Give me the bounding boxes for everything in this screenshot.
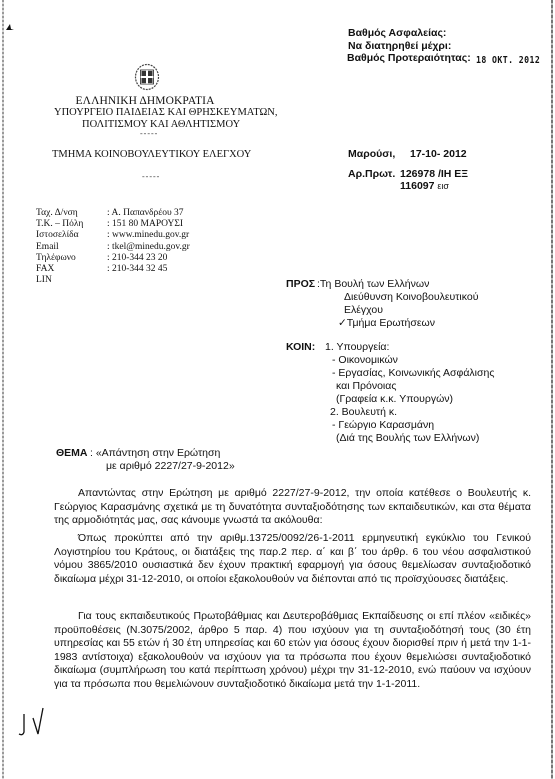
handwritten-mark-icon [5, 22, 15, 32]
paragraph-text: Για τους εκπαιδευτικούς Πρωτοβάθμιας και… [54, 610, 531, 692]
cc-label: ΚΟΙΝ: [286, 341, 315, 354]
contact-row-city: Τ.Κ. – Πόλη: 151 80 ΜΑΡΟΥΣΙ [36, 219, 190, 230]
contact-label: FAX [36, 264, 107, 275]
protocol-number-outgoing: 126978 /ΙΗ ΕΞ [400, 168, 468, 180]
department-name: ΤΜΗΜΑ ΚΟΙΝΟΒΟΥΛΕΥΤΙΚΟΥ ΕΛΕΓΧΟΥ [52, 149, 251, 160]
to-line-1: :Τη Βουλή των Ελλήνων [317, 278, 429, 291]
to-line-3: Ελέγχου [344, 304, 383, 317]
cc-line: 2. Βουλευτή κ. [330, 406, 397, 419]
contact-value: : www.minedu.gov.gr [107, 230, 189, 241]
contact-value: : Α. Παπανδρέου 37 [107, 208, 184, 219]
subject-label: ΘΕΜΑ [56, 447, 88, 460]
ministry-line-1: ΥΠΟΥΡΓΕΙΟ ΠΑΙΔΕΙΑΣ ΚΑΙ ΘΡΗΣΚΕΥΜΑΤΩΝ, [54, 107, 277, 118]
cc-line: (Διά της Βουλής των Ελλήνων) [336, 432, 479, 445]
country-heading: ΕΛΛΗΝΙΚΗ ΔΗΜΟΚΡΑΤΙΑ [0, 95, 290, 107]
contact-row-fax: FAX: 210-344 32 45 [36, 264, 190, 275]
contact-value: : 210-344 23 20 [107, 253, 167, 264]
contact-row-address: Ταχ. Δ/νση: Α. Παπανδρέου 37 [36, 208, 190, 219]
contact-value: : 210-344 32 45 [107, 264, 167, 275]
received-date-stamp: 18 ΟΚΤ. 2012 [476, 55, 540, 66]
subject-line-1: : «Απάντηση στην Ερώτηση [90, 447, 220, 460]
contact-label: Τηλέφωνο [36, 253, 107, 264]
contact-value: : 151 80 ΜΑΡΟΥΣΙ [107, 219, 183, 230]
cc-line: (Γραφεία κ.κ. Υπουργών) [336, 393, 453, 406]
body-paragraph-1: Απαντώντας στην Ερώτηση με αριθμό 2227/2… [54, 487, 531, 528]
scan-edge-right [551, 0, 553, 779]
contact-value: : tkel@minedu.gov.gr [107, 242, 190, 253]
contact-row-lin: LIN [36, 275, 190, 286]
body-paragraph-2: Όπως προκύπτει από την αριθμ.13725/0092/… [54, 532, 531, 586]
cc-line: - Εργασίας, Κοινωνικής Ασφάλισης [332, 367, 494, 380]
contact-label: Τ.Κ. – Πόλη [36, 219, 107, 230]
contact-label: LIN [36, 275, 107, 286]
ministry-line-2: ΠΟΛΙΤΙΣΜΟΥ ΚΑΙ ΑΘΛΗΤΙΣΜΟΥ [82, 119, 240, 130]
separator-2: ----- [142, 172, 160, 181]
contact-label: Ταχ. Δ/νση [36, 208, 107, 219]
body-paragraph-3: Για τους εκπαιδευτικούς Πρωτοβάθμιας και… [54, 610, 531, 692]
cc-line: και Πρόνοιας [336, 380, 396, 393]
to-line-2: Διεύθυνση Κοινοβουλευτικού [344, 291, 478, 304]
priority-level-label: Βαθμός Προτεραιότητας: [347, 52, 471, 65]
protocol-label: Αρ.Πρωτ. [348, 168, 395, 180]
to-line-4: ✓Τμήμα Ερωτήσεων [338, 317, 435, 330]
protocol-suffix: εισ [437, 181, 449, 191]
scan-edge-left [2, 0, 4, 779]
scanned-document-page: ΕΛΛΗΝΙΚΗ ΔΗΜΟΚΡΑΤΙΑ ΥΠΟΥΡΓΕΙΟ ΠΑΙΔΕΙΑΣ Κ… [0, 0, 555, 779]
protocol-number-incoming: 116097 εισ [400, 180, 449, 192]
contact-block: Ταχ. Δ/νση: Α. Παπανδρέου 37 Τ.Κ. – Πόλη… [36, 208, 190, 286]
cc-line: - Οικονομικών [332, 354, 398, 367]
separator: ----- [140, 129, 158, 138]
contact-row-website: Ιστοσελίδα: www.minedu.gov.gr [36, 230, 190, 241]
cc-line: 1. Υπουργεία: [325, 341, 389, 354]
security-level-label: Βαθμός Ασφαλείας: [348, 27, 446, 40]
paragraph-text: Όπως προκύπτει από την αριθμ.13725/0092/… [54, 532, 531, 586]
greek-coat-of-arms-icon [134, 63, 160, 91]
contact-row-phone: Τηλέφωνο: 210-344 23 20 [36, 253, 190, 264]
document-date: 17-10- 2012 [410, 148, 467, 160]
subject-line-2: με αριθμό 2227/27-9-2012» [106, 460, 235, 473]
place-label: Μαρούσι, [348, 148, 395, 160]
cc-line: - Γεώργιο Καρασμάνη [332, 419, 434, 432]
handwritten-initials-icon [16, 704, 52, 738]
contact-label: Ιστοσελίδα [36, 230, 107, 241]
contact-row-email: Email: tkel@minedu.gov.gr [36, 242, 190, 253]
paragraph-text: Απαντώντας στην Ερώτηση με αριθμό 2227/2… [54, 487, 531, 528]
contact-label: Email [36, 242, 107, 253]
to-label: ΠΡΟΣ [286, 278, 315, 291]
protocol-number-2: 116097 [400, 180, 434, 192]
